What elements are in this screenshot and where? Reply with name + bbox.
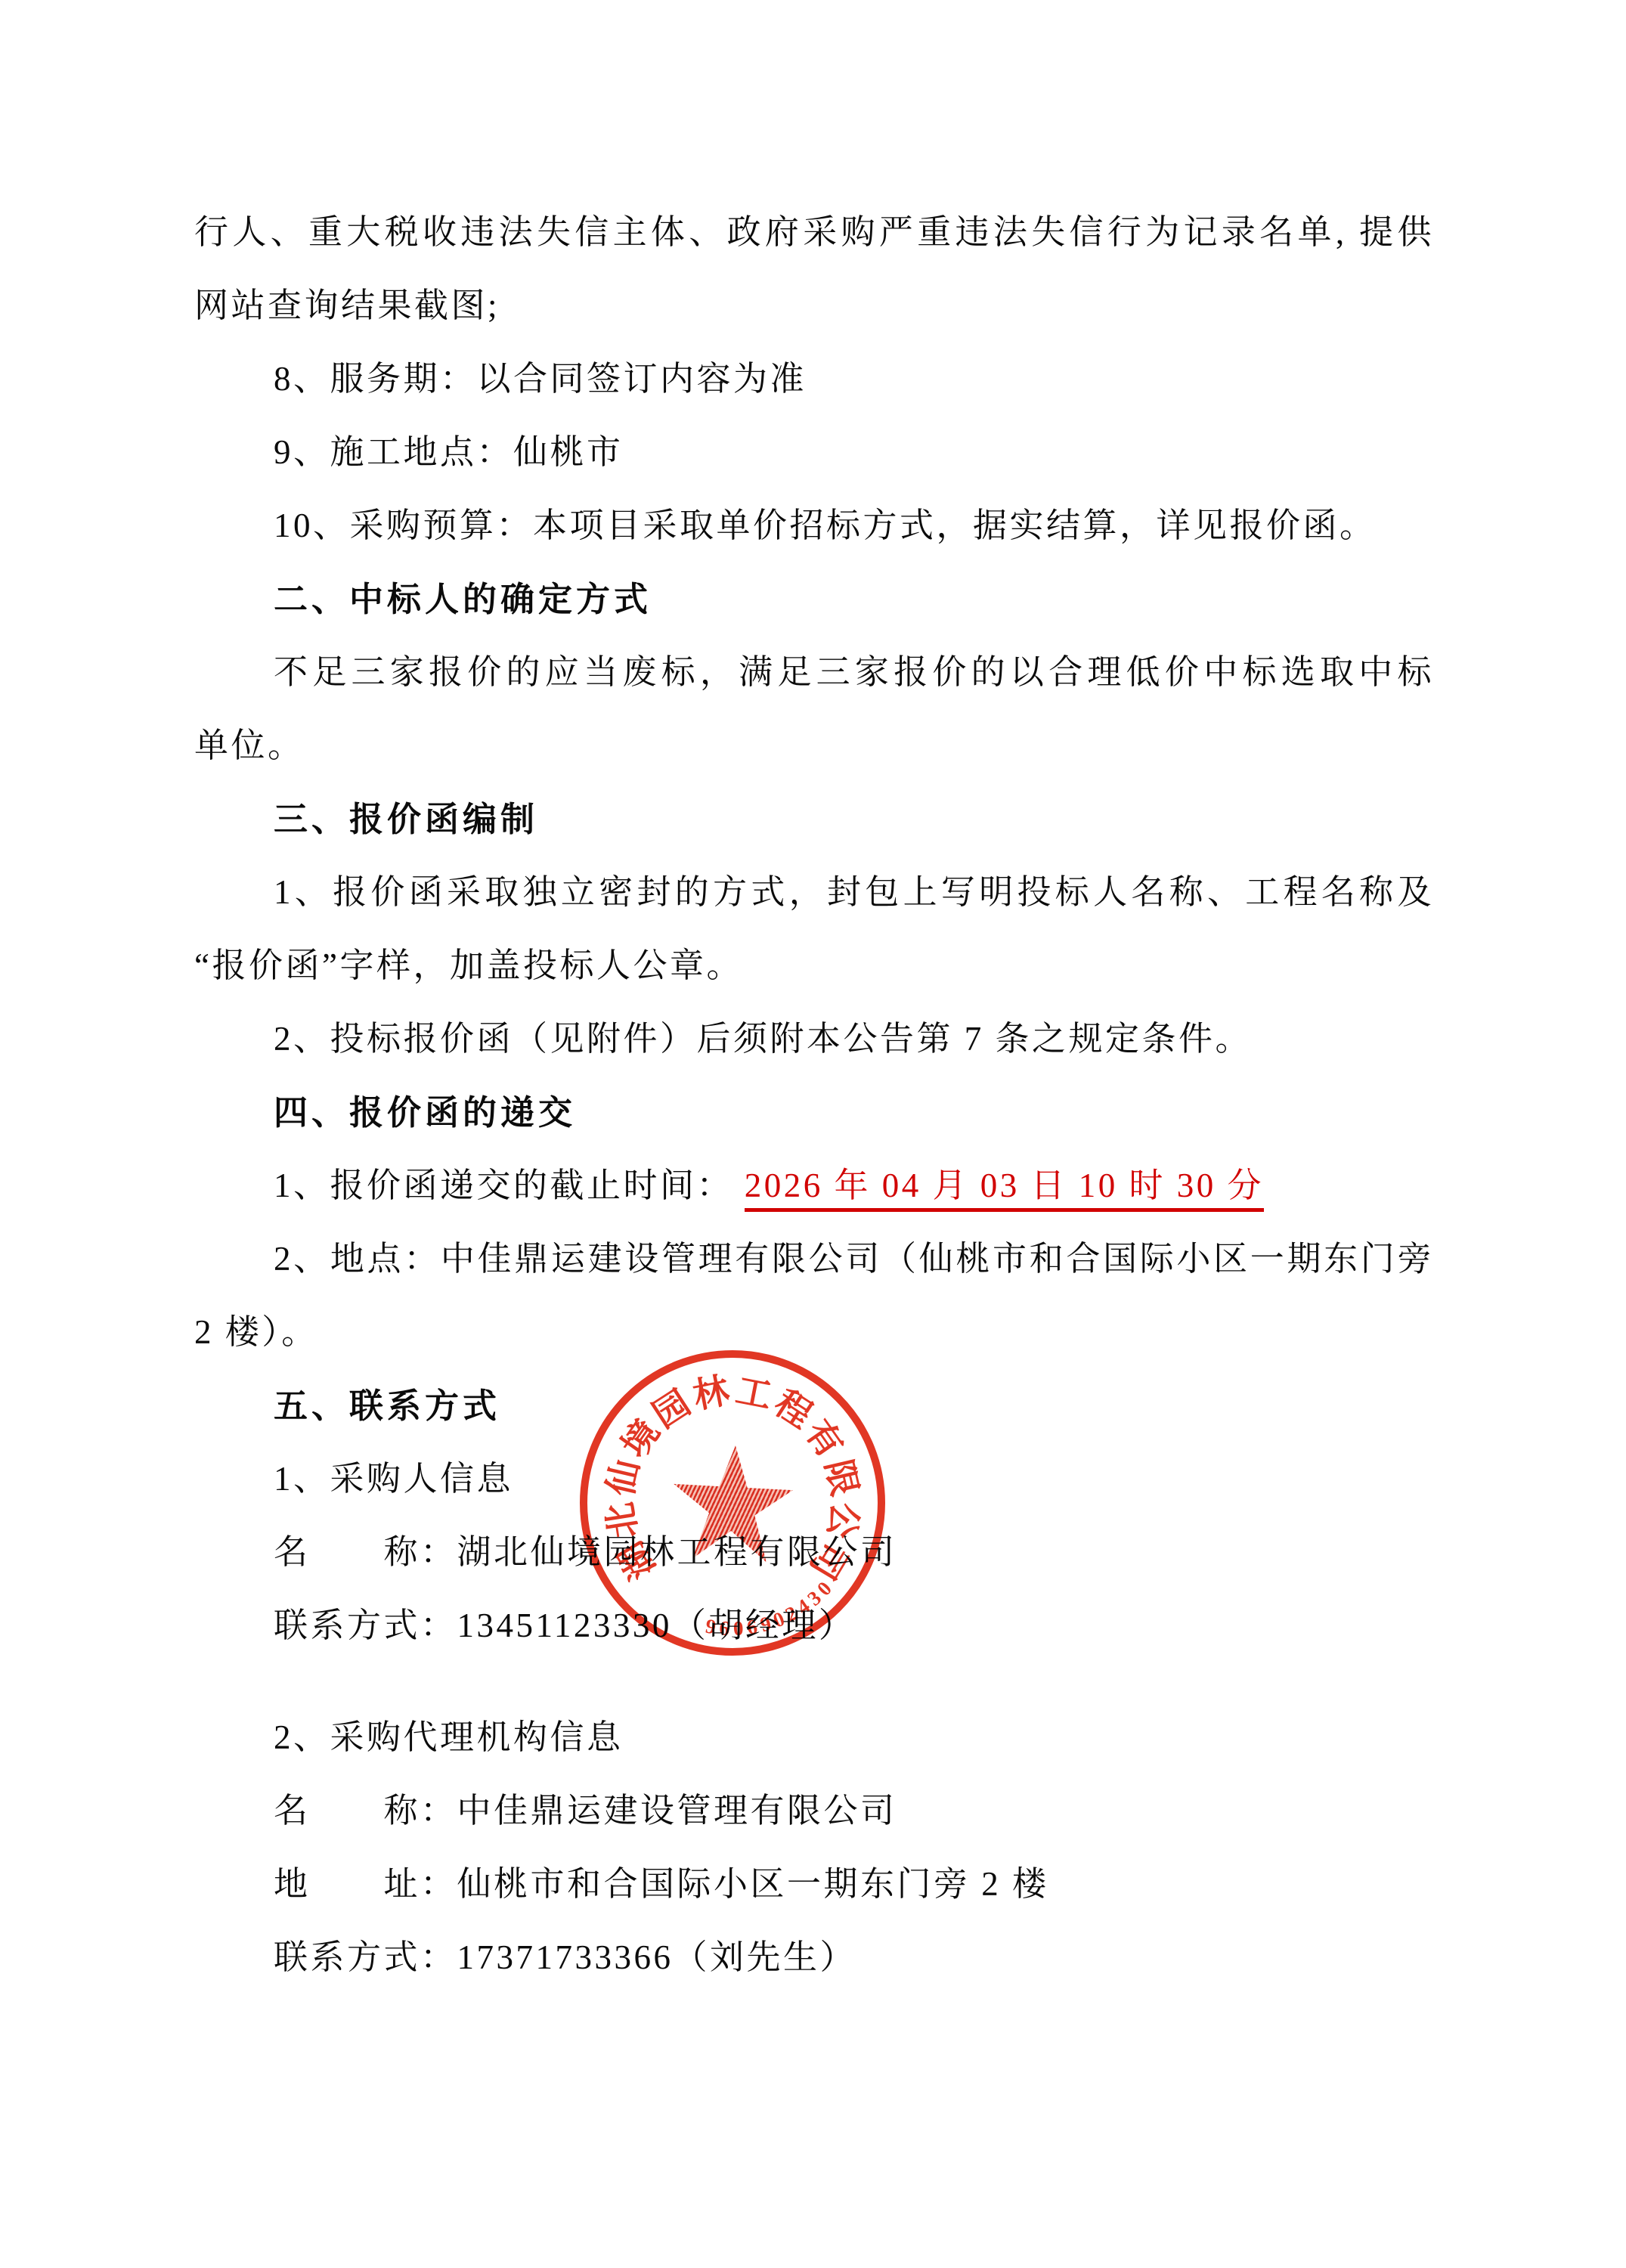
- agent-address: 地 址：仙桃市和合国际小区一期东门旁 2 楼: [194, 1848, 1434, 1921]
- deadline-date-highlight: 2026 年 04 月 03 日 10 时 30 分: [745, 1167, 1264, 1212]
- para-submit-place-line1: 2、地点：中佳鼎运建设管理有限公司（仙桃市和合国际小区一期东门旁: [194, 1222, 1434, 1296]
- para-quote-attachment: 2、投标报价函（见附件）后须附本公告第 7 条之规定条件。: [194, 1002, 1434, 1076]
- heading-section-5: 五、联系方式: [194, 1369, 1434, 1442]
- para-credit-check-line1: 行人、重大税收违法失信主体、政府采购严重违法失信行为记录名单, 提供: [194, 196, 1434, 269]
- heading-section-3: 三、报价函编制: [194, 782, 1434, 856]
- agent-name: 名 称：中佳鼎运建设管理有限公司: [194, 1774, 1434, 1848]
- heading-section-2: 二、中标人的确定方式: [194, 562, 1434, 636]
- para-submit-place-line2: 2 楼）。: [194, 1296, 1434, 1369]
- document-page: 行人、重大税收违法失信主体、政府采购严重违法失信行为记录名单, 提供网站查询结果…: [0, 0, 1626, 2268]
- buyer-name: 名 称：湖北仙境园林工程有限公司: [194, 1516, 1434, 1589]
- item-9-construction-site: 9、施工地点：仙桃市: [194, 416, 1434, 489]
- buyer-phone: 联系方式：13451123330（胡经理）: [194, 1589, 1434, 1662]
- para-credit-check-line2: 网站查询结果截图;: [194, 269, 1434, 342]
- deadline-label: 1、报价函递交的截止时间：: [274, 1167, 745, 1204]
- para-quote-seal-line1: 1、报价函采取独立密封的方式，封包上写明投标人名称、工程名称及: [194, 856, 1434, 929]
- agent-info-title: 2、采购代理机构信息: [194, 1701, 1434, 1774]
- buyer-info-title: 1、采购人信息: [194, 1442, 1434, 1516]
- item-10-budget: 10、采购预算：本项目采取单价招标方式，据实结算，详见报价函。: [194, 489, 1434, 562]
- item-8-service-period: 8、服务期：以合同签订内容为准: [194, 342, 1434, 416]
- para-quote-seal-line2: “报价函”字样，加盖投标人公章。: [194, 929, 1434, 1002]
- para-deadline: 1、报价函递交的截止时间： 2026 年 04 月 03 日 10 时 30 分: [194, 1149, 1434, 1222]
- para-award-rule-line1: 不足三家报价的应当废标，满足三家报价的以合理低价中标选取中标: [194, 636, 1434, 709]
- para-award-rule-line2: 单位。: [194, 709, 1434, 782]
- document-root: { "document": { "colors": { "text": "#0b…: [0, 0, 1626, 2268]
- agent-phone: 联系方式：17371733366（刘先生）: [194, 1921, 1434, 1994]
- heading-section-4: 四、报价函的递交: [194, 1076, 1434, 1149]
